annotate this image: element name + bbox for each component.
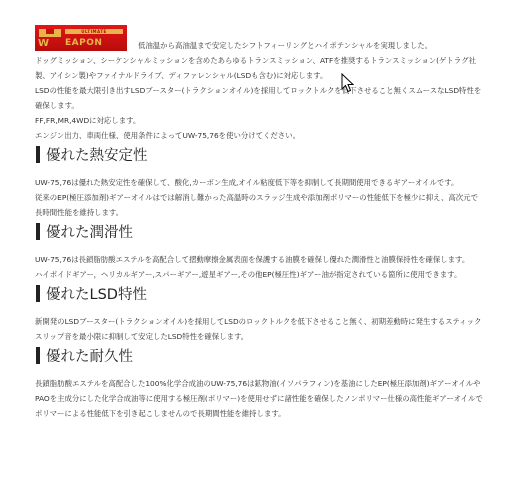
product-description: W ULTIMATE EAPON 低油温から高油温まで安定したシフトフィーリング…: [35, 25, 483, 421]
section-paragraph: 新開発のLSDブースター(トラクションオイル)を採用してLSDのロックトルクを低…: [35, 314, 483, 344]
logo-top-text: ULTIMATE: [65, 29, 123, 34]
mouse-cursor-icon: [341, 73, 355, 93]
section-thermal-stability: 優れた熱安定性 UW-75,76は優れた熱安定性を確保して、酸化,カーボン生成,…: [35, 143, 483, 220]
ultimate-weapon-logo: W ULTIMATE EAPON: [35, 25, 127, 51]
section-paragraph: UW-75,76は優れた熱安定性を確保して、酸化,カーボン生成,オイル粘度低下等…: [35, 175, 483, 190]
section-paragraph: 長鎖脂肪酸エステルを高配合した100%化学合成油のUW-75,76は鉱物油(イソ…: [35, 376, 483, 421]
intro-paragraph: FF,FR,MR,4WDに対応します。: [35, 113, 483, 128]
section-heading: 優れた潤滑性: [35, 220, 483, 242]
intro-paragraph: エンジン出力、車両仕様、使用条件によってUW-75,76を使い分けてください。: [35, 128, 483, 143]
section-paragraph: ハイポイドギアー，ヘリカルギアー,スパーギアー,遊星ギアー,その他EP(極圧性)…: [35, 267, 483, 282]
section-durability: 優れた耐久性 長鎖脂肪酸エステルを高配合した100%化学合成油のUW-75,76…: [35, 344, 483, 421]
section-lsd-characteristics: 優れたLSD特性 新開発のLSDブースター(トラクションオイル)を採用してLSD…: [35, 282, 483, 344]
section-title: 優れた熱安定性: [46, 144, 148, 165]
section-paragraph: UW-75,76は長鎖脂肪酸エステルを高配合して摺動摩擦金属表面を保護する油膜を…: [35, 252, 483, 267]
section-heading: 優れたLSD特性: [35, 282, 483, 304]
heading-bar-icon: [36, 223, 40, 240]
section-title: 優れた潤滑性: [46, 221, 133, 242]
section-title: 優れた耐久性: [46, 345, 133, 366]
logo-bottom-text: EAPON: [65, 38, 102, 48]
heading-bar-icon: [36, 347, 40, 364]
heading-bar-icon: [36, 146, 40, 163]
intro-line-2: ドッグミッション、シーケンシャルミッションを含めたあらゆるトランスミッション、A…: [35, 53, 483, 83]
logo-u-mark-icon: [39, 29, 61, 37]
intro-paragraph: LSDの性能を最大限引き出すLSDブースター(トラクションオイル)を採用してロッ…: [35, 83, 483, 113]
logo-w-mark: W: [38, 39, 48, 49]
section-lubricity: 優れた潤滑性 UW-75,76は長鎖脂肪酸エステルを高配合して摺動摩擦金属表面を…: [35, 220, 483, 282]
section-title: 優れたLSD特性: [46, 283, 147, 304]
intro-block: W ULTIMATE EAPON 低油温から高油温まで安定したシフトフィーリング…: [35, 25, 483, 143]
section-heading: 優れた耐久性: [35, 344, 483, 366]
section-heading: 優れた熱安定性: [35, 143, 483, 165]
heading-bar-icon: [36, 285, 40, 302]
section-paragraph: 従来のEP(極圧添加剤)ギアーオイルはでは解消し難かった高温時のスラッジ生成や添…: [35, 190, 483, 220]
